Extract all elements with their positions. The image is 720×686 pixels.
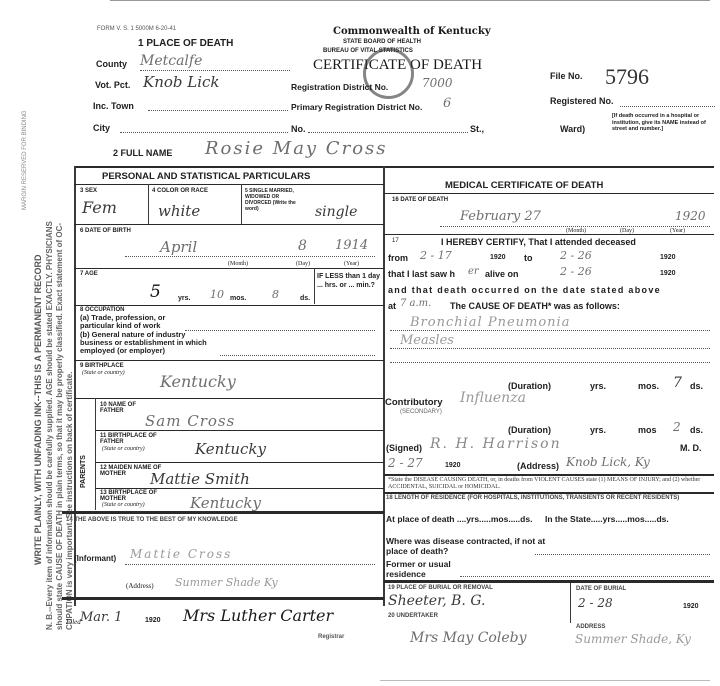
footnote-rule-bottom — [384, 492, 714, 494]
informant-address-value[interactable]: Summer Shade Ky — [175, 576, 278, 589]
top-border — [110, 0, 710, 1]
residence-heading: 18 LENGTH OF RESIDENCE (FOR HOSPITALS, I… — [386, 495, 712, 502]
filed-label: Filed — [66, 618, 81, 626]
age-divider — [314, 268, 315, 304]
row-rule — [95, 462, 384, 463]
center-divider — [383, 166, 385, 606]
file-no-value: 5796 — [605, 64, 649, 90]
row-rule — [74, 398, 384, 399]
vot-pct-value[interactable]: Knob Lick — [143, 73, 220, 91]
burial-divider — [570, 583, 571, 623]
margin-reserved-note: MARGIN RESERVED FOR BINDING — [22, 110, 28, 210]
contracted-label: Where was disease contracted, if not at … — [386, 536, 566, 556]
from-value[interactable]: 2 - 17 — [420, 249, 452, 262]
street-field[interactable] — [308, 132, 468, 133]
age-mos-caption: mos. — [230, 295, 246, 302]
age-years[interactable]: 5 — [150, 282, 161, 302]
full-name-label: 2 FULL NAME — [113, 148, 172, 158]
father-birthplace-sub: (State or country) — [102, 446, 145, 452]
race-divider — [241, 184, 242, 224]
dob-month[interactable]: April — [160, 238, 197, 256]
undertaker-label: 20 UNDERTAKER — [388, 613, 438, 619]
sex-divider — [148, 184, 149, 224]
informant-address-label: (Address) — [126, 582, 154, 590]
file-no-label: File No. — [550, 71, 583, 81]
row-rule — [74, 268, 384, 269]
burial-date-value[interactable]: 2 - 28 — [578, 596, 613, 610]
from-year: 1920 — [490, 254, 506, 261]
dob-day[interactable]: 8 — [298, 238, 307, 254]
at-label: at — [388, 301, 396, 311]
duration2-label: (Duration) — [508, 425, 551, 435]
age-ds-caption: ds. — [300, 295, 310, 302]
primary-district-label: Primary Registration District No. — [291, 102, 422, 112]
county-value[interactable]: Metcalfe — [140, 53, 202, 69]
less-than-day-label: IF LESS than 1 day ... hrs. or ... min.? — [317, 272, 381, 290]
contributory-value[interactable]: Influenza — [460, 390, 526, 406]
duration2-ds-caption: ds. — [690, 425, 703, 435]
father-name-label: 10 NAME OF FATHER — [100, 402, 150, 414]
filed-date[interactable]: Mar. 1 — [80, 610, 122, 625]
margin-note-line-3: should state CAUSE OF DEATH in plain ter… — [55, 223, 64, 630]
row-rule — [74, 224, 384, 225]
age-yrs-caption: yrs. — [178, 295, 190, 302]
footnote-rule-top — [384, 474, 714, 476]
alive-on-year: 1920 — [660, 270, 676, 277]
burial-place-value[interactable]: Sheeter, B. G. — [388, 593, 485, 609]
from-label: from — [388, 253, 408, 263]
marital-value[interactable]: single — [315, 204, 357, 220]
signed-label: (Signed) — [386, 443, 422, 453]
margin-note-line-4: CUPATION is very important. See instruct… — [65, 372, 74, 630]
row-rule — [74, 360, 384, 361]
sex-value[interactable]: Fem — [82, 198, 117, 217]
cause-line: The CAUSE OF DEATH* was as follows: — [450, 301, 620, 311]
father-birthplace-label: 11 BIRTHPLACE OF FATHER — [100, 433, 170, 445]
cause-field-2 — [390, 348, 710, 349]
age-label: 7 AGE — [80, 271, 98, 277]
date-of-death-value[interactable]: February 27 — [460, 209, 541, 224]
father-birthplace-value[interactable]: Kentucky — [195, 440, 266, 458]
age-months[interactable]: 10 — [210, 288, 224, 301]
alive-on-value[interactable]: 2 - 26 — [560, 265, 592, 278]
no-label: No. — [291, 124, 306, 134]
dob-year-caption: (Year) — [344, 261, 359, 267]
occurred-line: and that death occurred on the date stat… — [388, 285, 661, 295]
registration-district-label: Registration District No. — [291, 82, 388, 92]
informant-label: (Informant) — [74, 554, 116, 563]
last-saw-pronoun[interactable]: er — [468, 266, 479, 277]
margin-write-plainly: WRITE PLAINLY, WITH UNFADING INK--THIS I… — [33, 255, 43, 566]
row-rule — [95, 488, 384, 489]
md-label: M. D. — [680, 443, 702, 453]
row-rule — [384, 234, 714, 235]
last-saw-label: that I last saw h — [388, 269, 455, 279]
row-rule — [74, 305, 384, 306]
burial-date-year: 1920 — [683, 603, 699, 610]
sex-label: 3 SEX — [80, 188, 97, 194]
duration2-mos-caption: mos — [638, 425, 657, 435]
birthplace-label: 9 BIRTHPLACE — [80, 363, 124, 369]
cause-value-2[interactable]: Measles — [400, 333, 454, 348]
burial-rule-top — [384, 580, 714, 583]
row-rule — [95, 430, 384, 431]
county-label: County — [96, 59, 127, 69]
registration-district-value[interactable]: 7000 — [422, 76, 453, 90]
signed-value[interactable]: R. H. Harrison — [430, 436, 562, 452]
inc-town-field[interactable] — [148, 110, 288, 111]
dob-field — [125, 256, 375, 257]
form-number: FORM V. S. 1 5000M 6-20-41 — [97, 26, 176, 32]
state-board: STATE BOARD OF HEALTH — [343, 39, 421, 45]
mother-birthplace-sub: (State or country) — [102, 502, 145, 508]
dob-year[interactable]: 1914 — [335, 238, 368, 253]
item-17: 17 — [392, 238, 399, 244]
medical-heading: MEDICAL CERTIFICATE OF DEATH — [445, 180, 603, 191]
personal-heading-rule — [74, 184, 384, 185]
former-residence-field[interactable] — [460, 576, 710, 577]
address-label: (Address) — [517, 461, 559, 471]
address-value[interactable]: Knob Lick, Ky — [566, 455, 650, 469]
full-name-value[interactable]: Rosie May Cross — [205, 138, 388, 159]
burial-date-label: DATE OF BURIAL — [576, 586, 626, 592]
duration-ds-caption: ds. — [690, 381, 703, 391]
sign-date-value[interactable]: 2 - 27 — [388, 456, 423, 470]
registered-no-label: Registered No. — [550, 96, 614, 106]
duration2-days-value[interactable]: 2 — [673, 420, 681, 434]
occupation-b-label: (b) General nature of industry business … — [80, 331, 220, 355]
undertaker-value[interactable]: Mrs May Coleby — [410, 630, 526, 646]
contributory-label: Contributory — [385, 397, 443, 408]
county-field — [140, 70, 290, 71]
left-frame — [74, 166, 76, 606]
city-label: City — [93, 123, 110, 133]
dob-month-caption: (Month) — [228, 261, 248, 267]
dob-label: 6 DATE OF BIRTH — [80, 228, 131, 234]
undertaker-address-value[interactable]: Summer Shade, Ky — [575, 632, 691, 646]
informant-heading: 14 THE ABOVE IS TRUE TO THE BEST OF MY K… — [66, 517, 238, 523]
footnote: *State the DISEASE CAUSING DEATH, or, in… — [388, 477, 712, 491]
informant-value[interactable]: Mattie Cross — [130, 547, 232, 561]
age-days[interactable]: 8 — [272, 288, 279, 301]
contracted-field[interactable] — [535, 554, 710, 555]
duration2-yrs-caption: yrs. — [590, 425, 606, 435]
commonwealth-title: Commonwealth of Kentucky — [333, 26, 491, 37]
race-label: 4 COLOR OR RACE — [152, 188, 208, 194]
certify-line: I HEREBY CERTIFY, That I attended deceas… — [441, 237, 636, 247]
registered-no-field[interactable] — [620, 106, 715, 107]
duration-mos-caption: mos. — [638, 381, 659, 391]
date-of-death-year[interactable]: 1920 — [675, 209, 706, 223]
to-value[interactable]: 2 - 26 — [560, 249, 592, 262]
marital-label: 5 SINGLE MARRIED, WIDOWED OR DIVORCED (W… — [245, 188, 305, 212]
place-of-death-heading: 1 PLACE OF DEATH — [138, 38, 233, 49]
cause-field-3 — [390, 362, 710, 363]
parents-divider — [95, 398, 96, 510]
parents-bottom-rule — [62, 511, 384, 514]
mother-name-value[interactable]: Mattie Smith — [150, 470, 250, 488]
secondary-label: (SECONDARY) — [400, 409, 442, 415]
st-label: St., — [470, 124, 484, 134]
registrar-signature[interactable]: Mrs Luther Carter — [183, 606, 333, 625]
hospital-note: [If death occurred in a hospital or inst… — [612, 113, 717, 133]
informant-field — [125, 564, 375, 565]
occupation-b-field[interactable] — [220, 355, 375, 356]
ward-label: Ward) — [560, 124, 585, 134]
filed-year: 1920 — [145, 617, 161, 624]
sign-date-year: 1920 — [445, 462, 461, 469]
to-label: to — [524, 253, 533, 263]
section-divider — [74, 166, 714, 168]
mother-birthplace-value[interactable]: Kentucky — [190, 494, 261, 512]
at-time-value[interactable]: 7 a.m. — [400, 298, 431, 309]
undertaker-address-label: ADDRESS — [576, 624, 605, 630]
inc-town-label: Inc. Town — [93, 101, 134, 111]
cause-field-1 — [390, 330, 710, 331]
date-of-death-label: 16 DATE OF DEATH — [392, 197, 448, 203]
birthplace-sub: (State or country) — [82, 370, 125, 376]
in-state-label: In the State.....yrs.....mos.....ds. — [545, 514, 715, 524]
cause-value-1[interactable]: Bronchial Pneumonia — [410, 315, 570, 330]
primary-district-value[interactable]: 6 — [443, 96, 451, 111]
birthplace-value[interactable]: Kentucky — [160, 372, 236, 391]
occupation-a-label: (a) Trade, profession, or particular kin… — [80, 314, 200, 330]
former-residence-label: Former or usual residence — [386, 559, 466, 579]
personal-heading: PERSONAL AND STATISTICAL PARTICULARS — [102, 171, 310, 182]
mother-birthplace-label: 13 BIRTHPLACE OF MOTHER — [100, 490, 170, 502]
date-of-death-field — [440, 226, 710, 227]
at-place-label: At place of death ....yrs.....mos.....ds… — [386, 514, 536, 524]
burial-place-label: 19 PLACE OF BURIAL OR REMOVAL — [388, 585, 493, 591]
alive-on-label: alive on — [485, 269, 519, 279]
race-value[interactable]: white — [158, 202, 200, 220]
vot-pct-label: Vot. Pct. — [95, 80, 130, 90]
duration-days-value[interactable]: 7 — [673, 375, 682, 391]
parents-label: PARENTS — [80, 455, 87, 488]
medical-heading-rule — [384, 193, 714, 194]
margin-note-line-2: N. B.--Every item of information should … — [45, 221, 54, 630]
informant-bottom-rule — [62, 597, 384, 600]
city-field[interactable] — [120, 132, 288, 133]
dob-day-caption: (Day) — [296, 261, 310, 267]
registrar-label: Registrar — [318, 634, 344, 640]
duration-yrs-caption: yrs. — [590, 381, 606, 391]
to-year: 1920 — [660, 254, 676, 261]
father-name-value[interactable]: Sam Cross — [145, 412, 235, 430]
bottom-edge — [380, 680, 710, 681]
